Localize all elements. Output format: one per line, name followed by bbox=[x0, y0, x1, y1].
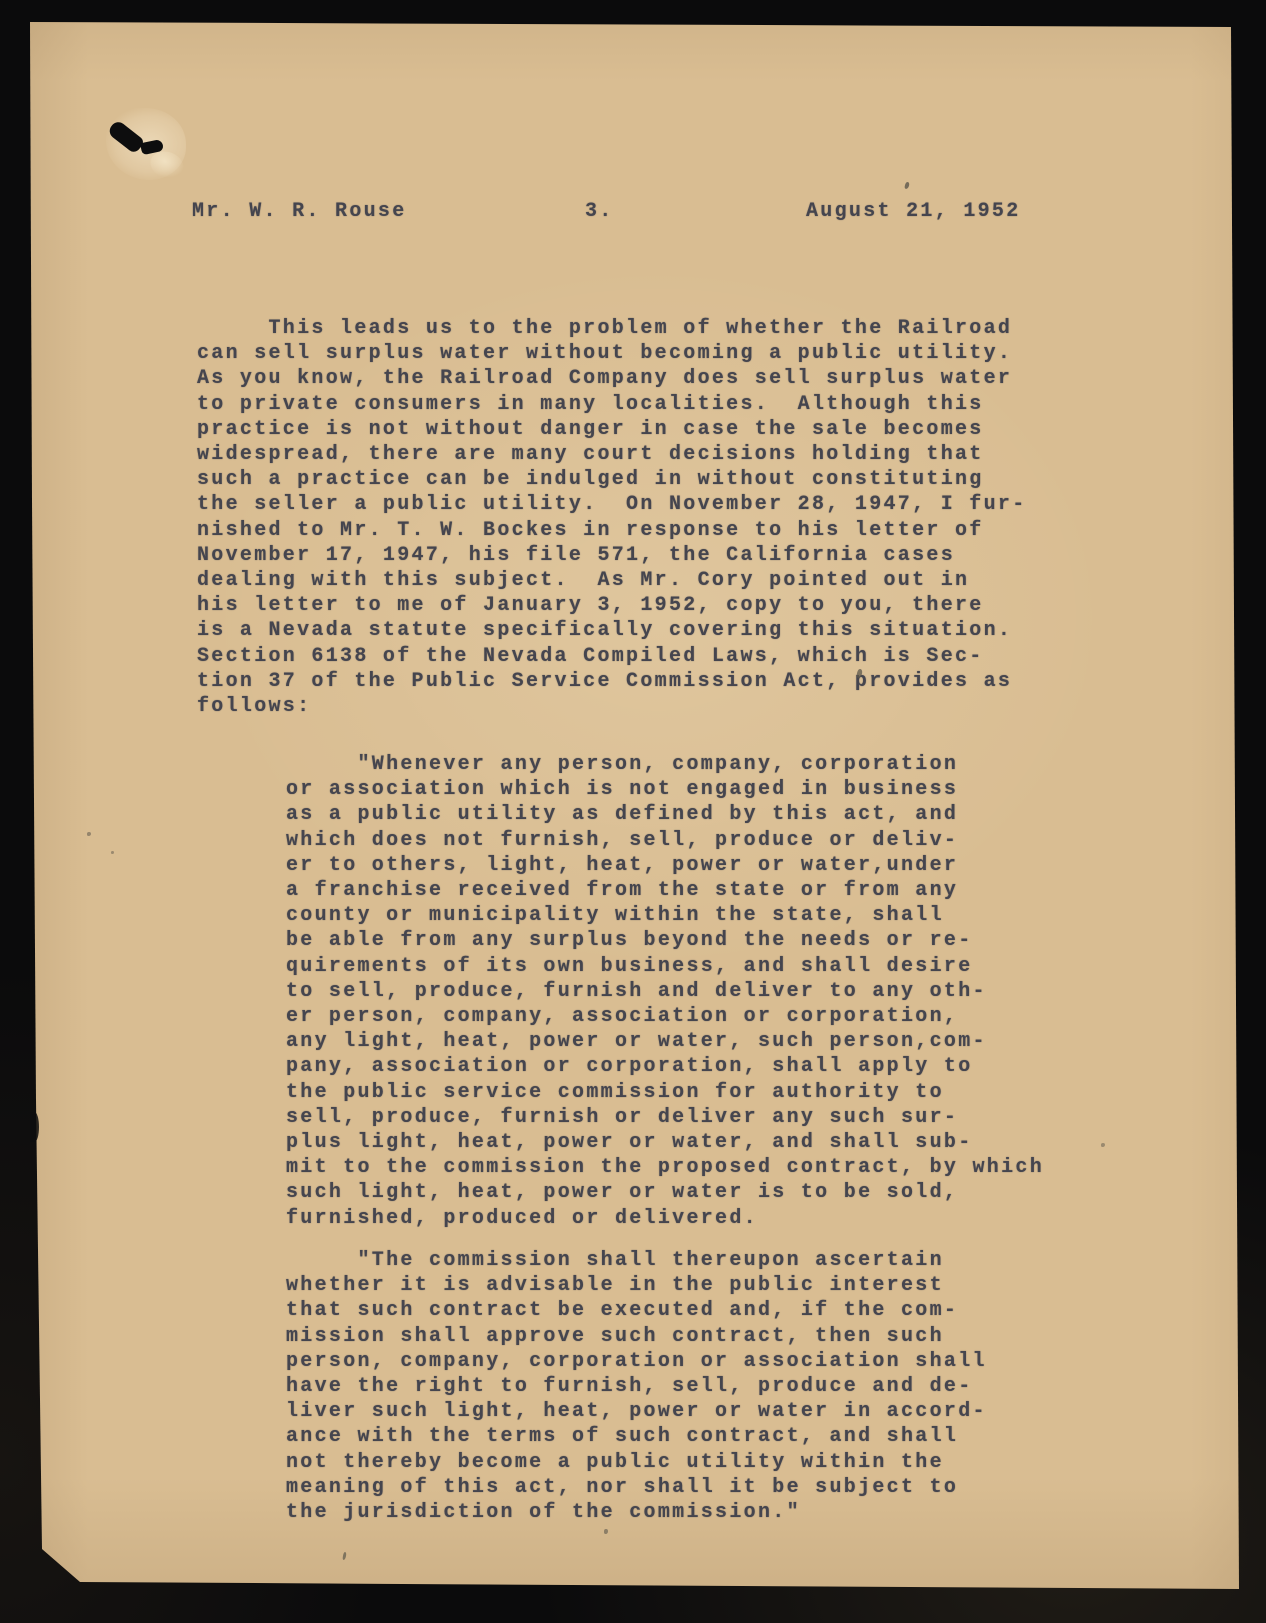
text-line: plus light, heat, power or water, and sh… bbox=[286, 1130, 1044, 1155]
text-line: any light, heat, power or water, such pe… bbox=[286, 1029, 1044, 1054]
document-header: Mr. W. R. Rouse 3. August 21, 1952 bbox=[0, 199, 1266, 225]
text-line: er person, company, association or corpo… bbox=[286, 1004, 1044, 1029]
text-line: as a public utility as defined by this a… bbox=[286, 802, 1044, 827]
text-line: whether it is advisable in the public in… bbox=[286, 1273, 987, 1298]
text-line: can sell surplus water without becoming … bbox=[197, 341, 1027, 366]
paper-speck bbox=[1101, 1143, 1105, 1147]
text-line: or association which is not engaged in b… bbox=[286, 777, 1044, 802]
header-date: August 21, 1952 bbox=[806, 199, 1021, 224]
text-line: which does not furnish, sell, produce or… bbox=[286, 828, 1044, 853]
text-line: have the right to furnish, sell, produce… bbox=[286, 1374, 987, 1399]
paper-edge-nick bbox=[30, 1112, 39, 1142]
text-line: sell, produce, furnish or deliver any su… bbox=[286, 1105, 1044, 1130]
text-line: ance with the terms of such contract, an… bbox=[286, 1424, 987, 1449]
text-line: quirements of its own business, and shal… bbox=[286, 954, 1044, 979]
ink-speck bbox=[604, 1529, 608, 1534]
text-line: follows: bbox=[197, 694, 1027, 719]
text-line: mit to the commission the proposed contr… bbox=[286, 1155, 1044, 1180]
text-line: his letter to me of January 3, 1952, cop… bbox=[197, 593, 1027, 618]
text-line: pany, association or corporation, shall … bbox=[286, 1054, 1044, 1079]
text-line: the seller a public utility. On November… bbox=[197, 492, 1027, 517]
text-line: be able from any surplus beyond the need… bbox=[286, 928, 1044, 953]
text-line: liver such light, heat, power or water i… bbox=[286, 1399, 987, 1424]
text-line: that such contract be executed and, if t… bbox=[286, 1298, 987, 1323]
text-line: "The commission shall thereupon ascertai… bbox=[286, 1248, 987, 1273]
text-line: person, company, corporation or associat… bbox=[286, 1349, 987, 1374]
text-line: to private consumers in many localities.… bbox=[197, 392, 1027, 417]
body-paragraph: This leads us to the problem of whether … bbox=[197, 316, 1027, 719]
text-line: is a Nevada statute specifically coverin… bbox=[197, 618, 1027, 643]
paper-sheet: Mr. W. R. Rouse 3. August 21, 1952 This … bbox=[0, 0, 1266, 1623]
paper-speck bbox=[87, 832, 91, 836]
paper-speck bbox=[111, 851, 114, 854]
text-line: November 17, 1947, his file 571, the Cal… bbox=[197, 543, 1027, 568]
text-line: "Whenever any person, company, corporati… bbox=[286, 752, 1044, 777]
header-page-number: 3. bbox=[585, 199, 614, 224]
text-line: dealing with this subject. As Mr. Cory p… bbox=[197, 568, 1027, 593]
text-line: furnished, produced or delivered. bbox=[286, 1206, 1044, 1231]
text-line: such a practice can be indulged in witho… bbox=[197, 467, 1027, 492]
text-line: As you know, the Railroad Company does s… bbox=[197, 366, 1027, 391]
statute-quote-part-1: "Whenever any person, company, corporati… bbox=[286, 752, 1044, 1231]
text-line: to sell, produce, furnish and deliver to… bbox=[286, 979, 1044, 1004]
text-line: practice is not without danger in case t… bbox=[197, 417, 1027, 442]
text-line: Section 6138 of the Nevada Compiled Laws… bbox=[197, 644, 1027, 669]
text-line: mission shall approve such contract, the… bbox=[286, 1324, 987, 1349]
text-line: such light, heat, power or water is to b… bbox=[286, 1180, 1044, 1205]
scan-background: { "colors": { "paper": "#d9bd92", "ink":… bbox=[0, 0, 1266, 1623]
ink-speck bbox=[904, 182, 910, 190]
text-line: the jurisdiction of the commission." bbox=[286, 1500, 987, 1525]
statute-quote-part-2: "The commission shall thereupon ascertai… bbox=[286, 1248, 987, 1525]
text-line: meaning of this act, nor shall it be sub… bbox=[286, 1475, 987, 1500]
text-line: a franchise received from the state or f… bbox=[286, 878, 1044, 903]
text-line: the public service commission for author… bbox=[286, 1080, 1044, 1105]
text-line: er to others, light, heat, power or wate… bbox=[286, 853, 1044, 878]
ink-speck bbox=[342, 1552, 346, 1560]
text-line: tion 37 of the Public Service Commission… bbox=[197, 669, 1027, 694]
header-recipient: Mr. W. R. Rouse bbox=[192, 199, 407, 224]
text-line: widespread, there are many court decisio… bbox=[197, 442, 1027, 467]
text-line: nished to Mr. T. W. Bockes in response t… bbox=[197, 518, 1027, 543]
text-line: county or municipality within the state,… bbox=[286, 903, 1044, 928]
text-line: not thereby become a public utility with… bbox=[286, 1450, 987, 1475]
text-line: This leads us to the problem of whether … bbox=[197, 316, 1027, 341]
